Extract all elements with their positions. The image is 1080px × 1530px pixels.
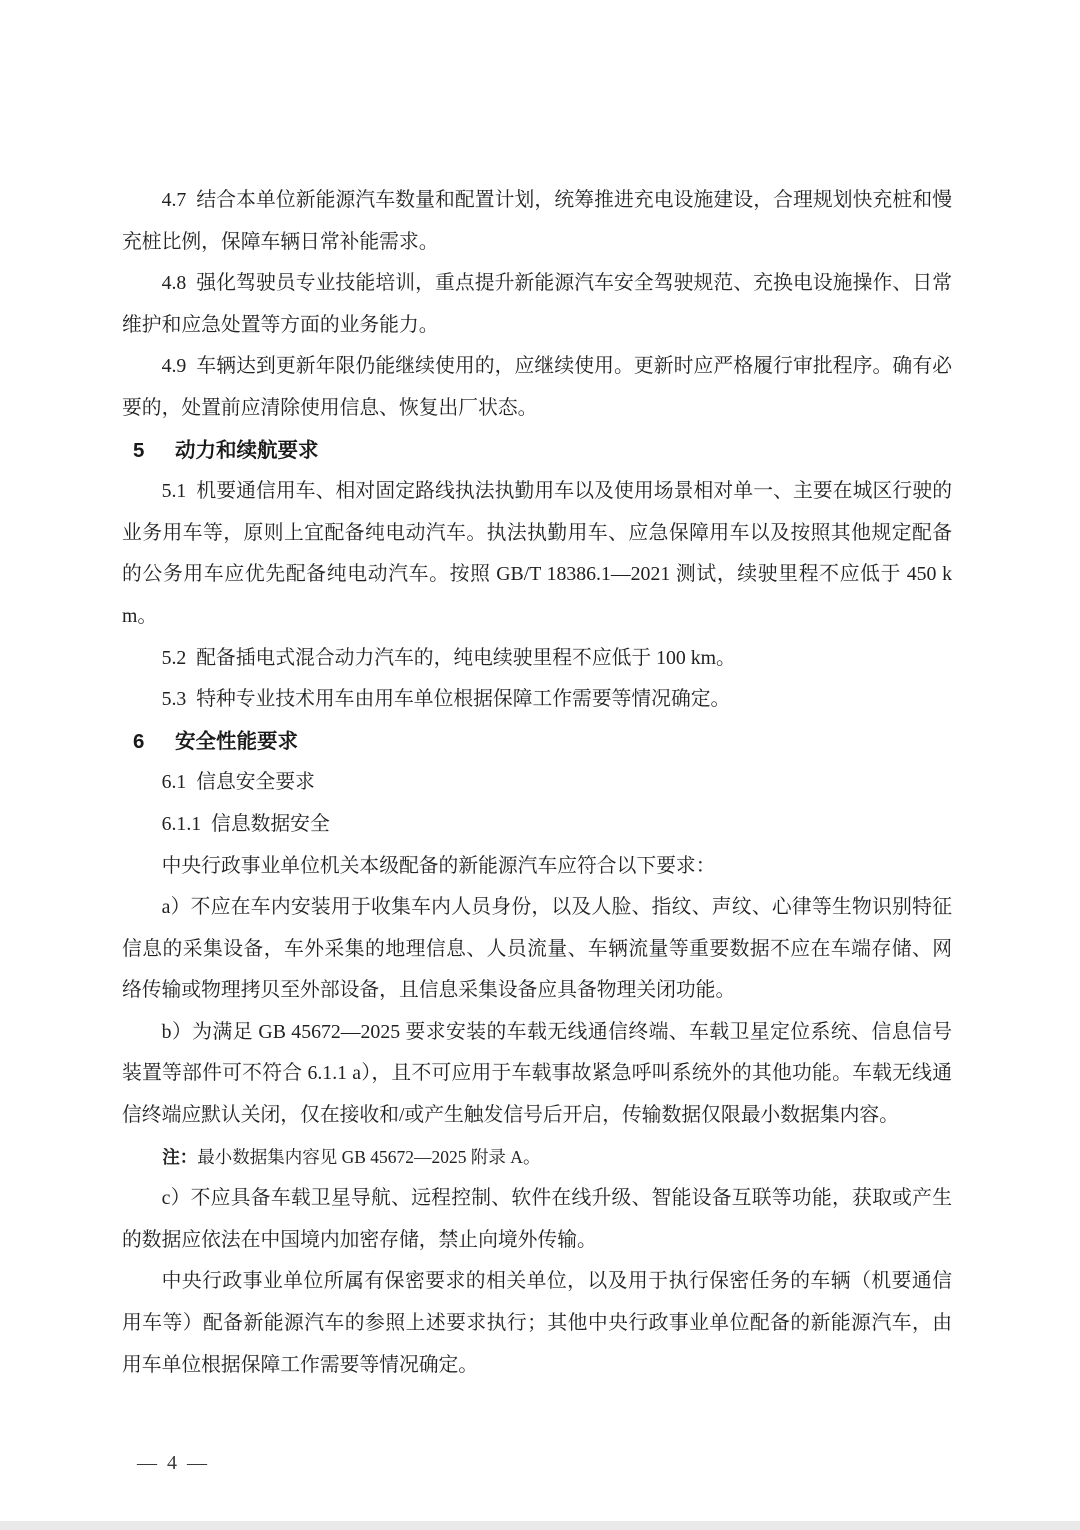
section-heading-5: 5动力和续航要求 bbox=[122, 430, 952, 472]
para-closing: 中央行政事业单位所属有保密要求的相关单位，以及用于执行保密任务的车辆（机要通信用… bbox=[122, 1261, 952, 1386]
footer-dash-left: — bbox=[137, 1452, 157, 1474]
para-6-1: 6.1 信息安全要求 bbox=[122, 762, 952, 804]
para-item-a: a）不应在车内安装用于收集车内人员身份，以及人脸、指纹、声纹、心律等生物识别特征… bbox=[122, 887, 952, 1012]
para-5-2: 5.2 配备插电式混合动力汽车的，纯电续驶里程不应低于 100 km。 bbox=[122, 638, 952, 680]
para-4-9: 4.9 车辆达到更新年限仍能继续使用的，应继续使用。更新时应严格履行审批程序。确… bbox=[122, 346, 952, 429]
para-4-7: 4.7 结合本单位新能源汽车数量和配置计划，统筹推进充电设施建设，合理规划快充桩… bbox=[122, 180, 952, 263]
para-item-c: c）不应具备车载卫星导航、远程控制、软件在线升级、智能设备互联等功能，获取或产生… bbox=[122, 1178, 952, 1261]
note-text: 最小数据集内容见 GB 45672—2025 附录 A。 bbox=[197, 1147, 540, 1167]
note-minimum-dataset: 注：最小数据集内容见 GB 45672—2025 附录 A。 bbox=[122, 1137, 952, 1179]
para-item-b: b）为满足 GB 45672—2025 要求安装的车载无线通信终端、车载卫星定位… bbox=[122, 1012, 952, 1137]
document-body: 4.7 结合本单位新能源汽车数量和配置计划，统筹推进充电设施建设，合理规划快充桩… bbox=[122, 180, 952, 1386]
document-page: 4.7 结合本单位新能源汽车数量和配置计划，统筹推进充电设施建设，合理规划快充桩… bbox=[0, 0, 1080, 1530]
section-title-6: 安全性能要求 bbox=[175, 730, 298, 753]
footer-dash-right: — bbox=[187, 1452, 207, 1474]
para-4-8: 4.8 强化驾驶员专业技能培训，重点提升新能源汽车安全驾驶规范、充换电设施操作、… bbox=[122, 263, 952, 346]
section-number-6: 6 bbox=[133, 721, 175, 763]
para-5-3: 5.3 特种专业技术用车由用车单位根据保障工作需要等情况确定。 bbox=[122, 679, 952, 721]
para-5-1: 5.1 机要通信用车、相对固定路线执法执勤用车以及使用场景相对单一、主要在城区行… bbox=[122, 471, 952, 637]
section-heading-6: 6安全性能要求 bbox=[122, 721, 952, 763]
page-number: 4 bbox=[167, 1452, 177, 1474]
note-label: 注： bbox=[162, 1147, 197, 1167]
page-bottom-edge bbox=[0, 1521, 1080, 1530]
section-number-5: 5 bbox=[133, 430, 175, 472]
section-title-5: 动力和续航要求 bbox=[175, 439, 319, 462]
para-requirements-intro: 中央行政事业单位机关本级配备的新能源汽车应符合以下要求： bbox=[122, 846, 952, 888]
page-footer: —4— bbox=[137, 1450, 207, 1476]
para-6-1-1: 6.1.1 信息数据安全 bbox=[122, 804, 952, 846]
